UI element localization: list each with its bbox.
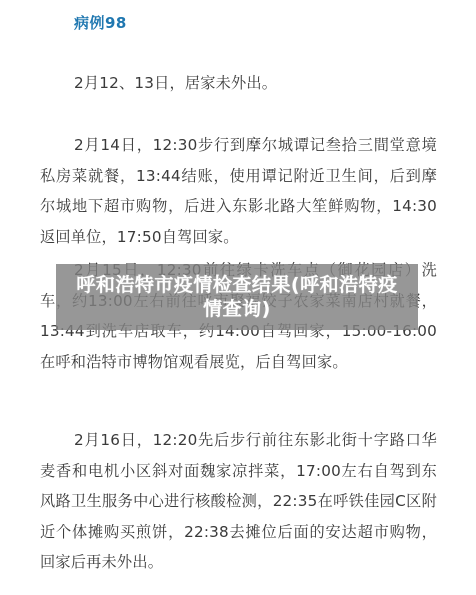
paragraph-feb-14: 2月14日，12:30步行到摩尔城谭记叁拾三間堂意境私房菜就餐，13:44结账，… [40,130,437,252]
case-title: 病例98 [74,12,127,33]
overlay-title: 呼和浩特市疫情检查结果(呼和浩特疫情查询) [72,273,402,321]
paragraph-feb-16: 2月16日，12:20先后步行前往东影北街十字路口华麦香和电机小区斜对面魏家凉拌… [40,425,437,578]
paragraph-feb-12-13: 2月12、13日，居家未外出。 [40,68,437,99]
title-overlay-banner: 呼和浩特市疫情检查结果(呼和浩特疫情查询) [56,264,418,330]
